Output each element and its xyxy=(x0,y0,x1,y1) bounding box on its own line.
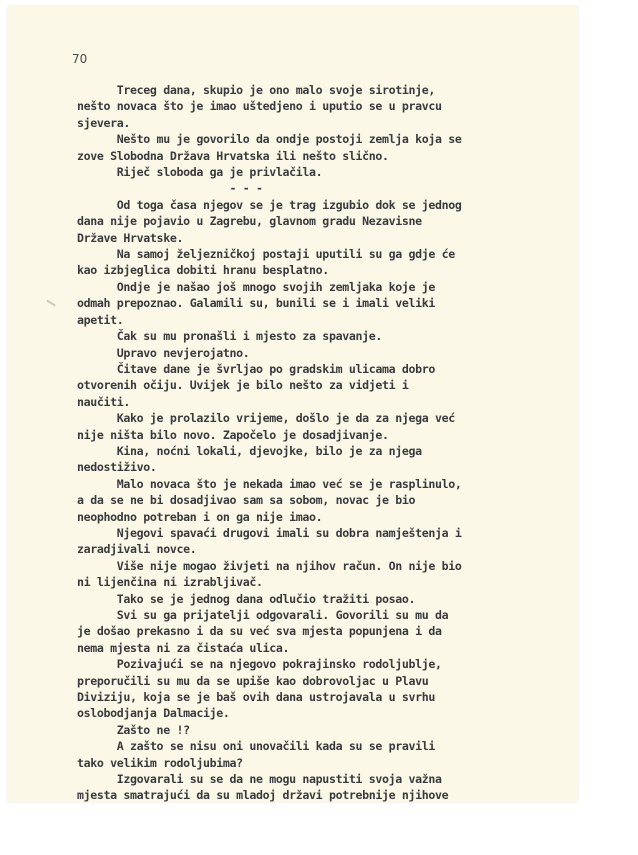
text-line: Njegovi spavaći drugovi imali su dobra n… xyxy=(77,525,543,541)
text-line: Od toga časa njegov se je trag izgubio d… xyxy=(77,197,543,213)
text-line: je došao prekasno i da su već sva mjesta… xyxy=(77,623,543,639)
text-line: - - - xyxy=(77,180,543,196)
text-line: neophodno potreban i on ga nije imao. xyxy=(77,509,543,525)
text-line: A zašto se nisu oni unovačili kada su se… xyxy=(77,738,543,754)
text-line: Čitave dane je švrljao po gradskim ulica… xyxy=(77,361,543,377)
text-line: Izgovarali su se da ne mogu napustiti sv… xyxy=(77,771,543,787)
text-line: nema mjesta ni za čistaća ulica. xyxy=(77,640,543,656)
scan-artifact xyxy=(46,300,56,307)
text-line: tako velikim rodoljubima? xyxy=(77,755,543,771)
text-line: nije ništa bilo novo. Započelo je dosadj… xyxy=(77,427,543,443)
text-line: Tako se je jednog dana odlučio tražiti p… xyxy=(77,591,543,607)
text-line: kao izbjeglica dobiti hranu besplatno. xyxy=(77,262,543,278)
text-line: zaradjivali novce. xyxy=(77,541,543,557)
text-line: Diviziju, koja se je baš ovih dana ustro… xyxy=(77,689,543,705)
text-line: zove Slobodna Država Hrvatska ili nešto … xyxy=(77,148,543,164)
text-line: Treceg dana, skupio je ono malo svoje si… xyxy=(77,82,543,98)
text-line: Čak su mu pronašli i mjesto za spavanje. xyxy=(77,328,543,344)
text-line: Upravo nevjerojatno. xyxy=(77,345,543,361)
text-line: nešto novaca što je imao uštedjeno i upu… xyxy=(77,98,543,114)
text-line: Pozivajući se na njegovo pokrajinsko rod… xyxy=(77,656,543,672)
text-line: Malo novaca što je nekada imao već se je… xyxy=(77,476,543,492)
text-line: ni lijenčina ni izrabljivač. xyxy=(77,574,543,590)
text-line: nedostiživo. xyxy=(77,459,543,475)
body-text: Treceg dana, skupio je ono malo svoje si… xyxy=(77,82,543,804)
text-line: otvorenih očiju. Uvijek je bilo nešto za… xyxy=(77,377,543,393)
text-line: mjesta smatrajući da su mladoj državi po… xyxy=(77,787,543,803)
page-number: 70 xyxy=(72,52,87,66)
text-line: Na samoj željezničkoj postaji uputili su… xyxy=(77,246,543,262)
text-line: Nešto mu je govorilo da ondje postoji ze… xyxy=(77,131,543,147)
text-line: apetit. xyxy=(77,312,543,328)
text-line: oslobodjanja Dalmacije. xyxy=(77,705,543,721)
text-line: Kako je prolazilo vrijeme, došlo je da z… xyxy=(77,410,543,426)
text-line: Kina, noćni lokali, djevojke, bilo je za… xyxy=(77,443,543,459)
text-line: Više nije mogao živjeti na njihov račun.… xyxy=(77,558,543,574)
text-line: sjevera. xyxy=(77,115,543,131)
text-line: odmah prepoznao. Galamili su, bunili se … xyxy=(77,295,543,311)
text-line: Svi su ga prijatelji odgovarali. Govoril… xyxy=(77,607,543,623)
text-line: dana nije pojavio u Zagrebu, glavnom gra… xyxy=(77,213,543,229)
text-line: Države Hrvatske. xyxy=(77,230,543,246)
text-line: Zašto ne !? xyxy=(77,722,543,738)
text-line: a da se ne bi dosadjivao sam sa sobom, n… xyxy=(77,492,543,508)
text-line: preporučili su mu da se upiše kao dobrov… xyxy=(77,673,543,689)
text-line: Riječ sloboda ga je privlačila. xyxy=(77,164,543,180)
text-line: Ondje je našao još mnogo svojih zemljaka… xyxy=(77,279,543,295)
text-line: naučiti. xyxy=(77,394,543,410)
